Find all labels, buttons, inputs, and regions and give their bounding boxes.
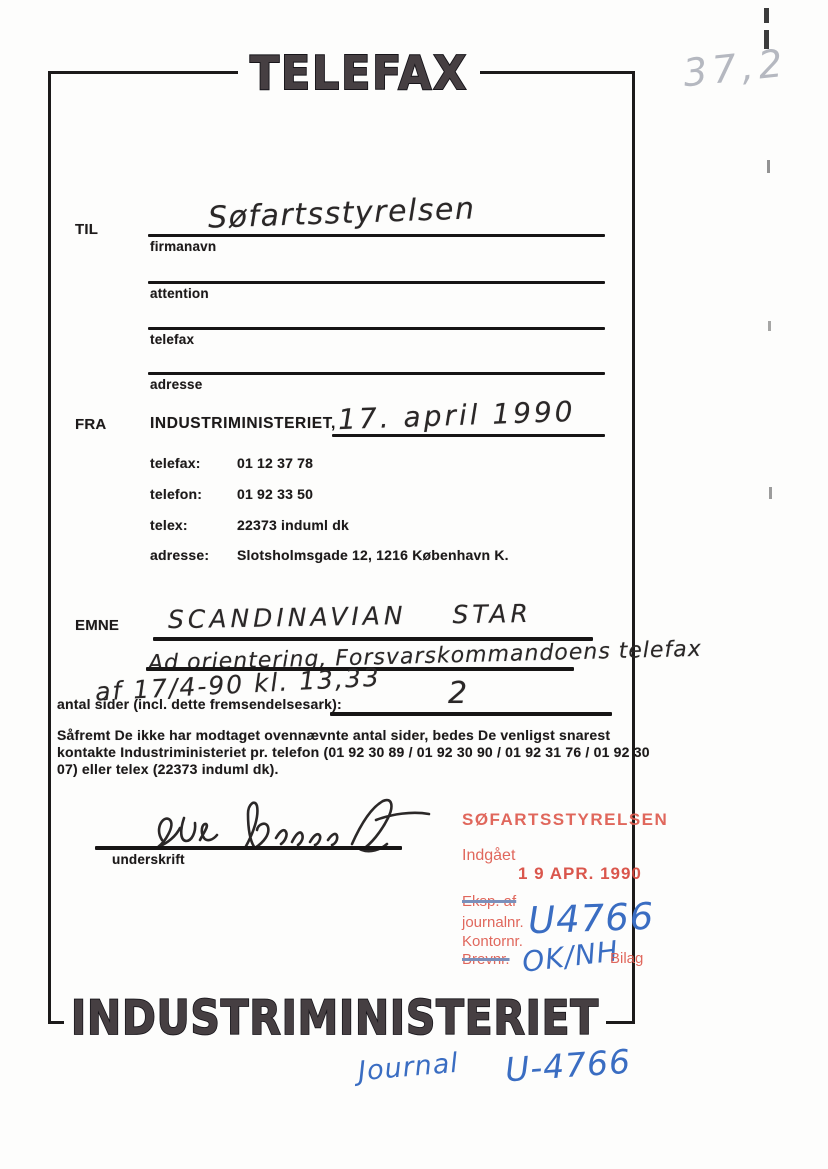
- underskrift-line: [95, 846, 402, 850]
- pencil-annotation: 37,2: [681, 41, 790, 96]
- attention-field-label: attention: [150, 286, 209, 301]
- emne-label: EMNE: [75, 617, 119, 634]
- fra-label: FRA: [75, 416, 106, 433]
- ministry-title-graphic: INDUSTRIMINISTERIET: [64, 991, 606, 1047]
- ministry-masthead: INDUSTRIMINISTERIET: [64, 991, 606, 1047]
- stamp-bilag-label: Bilag: [610, 950, 643, 967]
- telefax-field-label: telefax: [150, 332, 194, 347]
- stamp-kontornr-label: Kontornr.: [462, 933, 523, 950]
- stamp-org-name: SØFARTSSTYRELSEN: [462, 810, 668, 830]
- adresse-field-label: adresse: [150, 377, 202, 392]
- page-title: TELEFAX: [250, 46, 468, 100]
- ministry-title: INDUSTRIMINISTERIET: [71, 991, 599, 1046]
- stamp-brevnr-label: Brevnr.: [462, 951, 510, 968]
- journalnr-handwritten-value: U4766: [527, 895, 655, 942]
- stamp-received-label: Indgået: [462, 847, 515, 865]
- signature: [140, 790, 440, 862]
- fra-telefax-value: 01 12 37 78: [237, 455, 313, 471]
- til-label: TIL: [75, 221, 98, 238]
- stamp-received-date: 1 9 APR. 1990: [518, 864, 642, 884]
- stamp-eksp-label: Eksp. af: [462, 893, 516, 910]
- scan-artifact: [767, 160, 770, 173]
- scan-artifact: [768, 321, 771, 331]
- telefax-line: [148, 327, 605, 330]
- journal-note-handwritten: Journal: [357, 1048, 460, 1088]
- telefax-masthead: TELEFAX: [238, 42, 480, 102]
- fra-adresse-label: adresse:: [150, 547, 209, 563]
- antal-sider-line: [330, 712, 612, 716]
- date-line: [332, 434, 605, 437]
- antal-sider-label: antal sider (incl. dette fremsendelsesar…: [57, 696, 342, 712]
- firmanavn-line: [148, 234, 605, 237]
- telefax-title-graphic: TELEFAX: [238, 42, 480, 102]
- stamp-journalnr-label: journalnr.: [462, 914, 524, 931]
- missing-pages-notice: Såfremt De ikke har modtaget ovennævnte …: [57, 727, 651, 778]
- fra-adresse-value: Slotsholmsgade 12, 1216 København K.: [237, 547, 509, 563]
- fra-org-name: INDUSTRIMINISTERIET,: [150, 415, 336, 433]
- fra-telex-value: 22373 induml dk: [237, 517, 349, 533]
- telefax-cover-sheet: 37,2 TELEFAX TIL Søfartsstyrelsen firman…: [0, 0, 828, 1169]
- scan-artifact: [764, 8, 769, 23]
- journal-number-handwritten: U-4766: [504, 1042, 632, 1090]
- antal-sider-handwritten-value: 2: [448, 676, 469, 711]
- fra-telefon-value: 01 92 33 50: [237, 486, 313, 502]
- fra-telefax-label: telefax:: [150, 455, 201, 471]
- adresse-line: [148, 372, 605, 375]
- scan-artifact: [769, 487, 772, 499]
- firmanavn-field-label: firmanavn: [150, 239, 216, 254]
- attention-line: [148, 281, 605, 284]
- underskrift-label: underskrift: [112, 852, 185, 867]
- fra-telefon-label: telefon:: [150, 486, 202, 502]
- fra-telex-label: telex:: [150, 517, 188, 533]
